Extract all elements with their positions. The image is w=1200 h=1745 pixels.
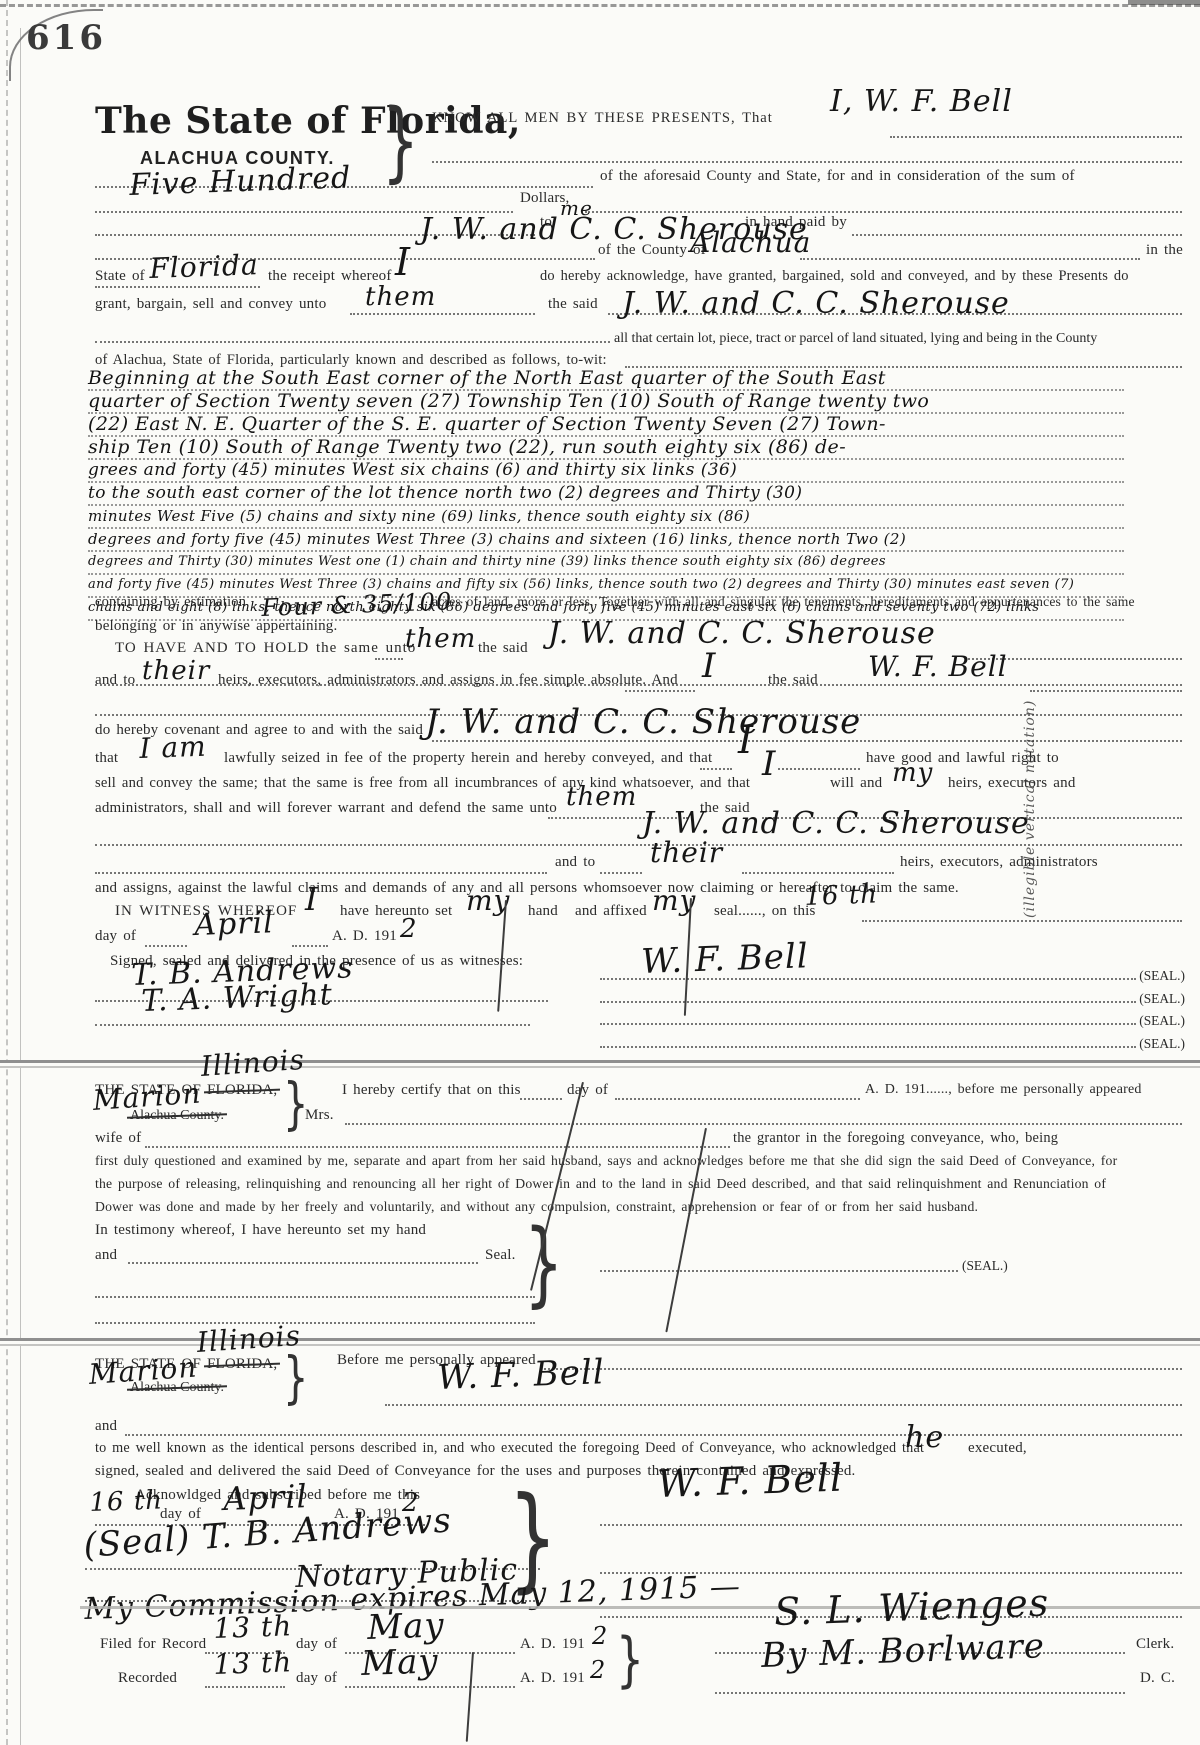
ack-county-struck: Alachua County.: [130, 1380, 224, 1396]
witness2-signature: T. A. Wright: [141, 977, 334, 1019]
dower-county-struck: Alachua County.: [130, 1108, 224, 1124]
dotted-line: [292, 945, 328, 947]
dotted-line: [700, 768, 732, 770]
the-said-label: the said: [548, 296, 598, 313]
description-line: (22) East N. E. Quarter of the S. E. qua…: [88, 414, 1124, 437]
testimony-clause: In testimony whereof, I have hereunto se…: [95, 1222, 426, 1239]
dotted-line: [890, 136, 1182, 138]
section-divider: [0, 1060, 1200, 1068]
admin-clause: administrators, shall and will forever w…: [95, 800, 557, 817]
section-divider: [0, 1338, 1200, 1346]
clerk-signature: S. L. Wienges: [773, 1580, 1049, 1634]
description-line: minutes West Five (5) chains and sixty n…: [88, 506, 1124, 529]
dotted-line: [600, 1270, 958, 1272]
seal-row: (SEAL.): [600, 1029, 1185, 1051]
record-brace: [616, 1626, 644, 1695]
dotted-line: [540, 1368, 1182, 1370]
county-handwritten: Alachua: [690, 226, 811, 259]
containing-label: containing by estimation: [95, 594, 246, 611]
state-of-label: State of: [95, 268, 145, 285]
dotted-line: [345, 1686, 515, 1688]
affixed-label: and affixed: [575, 903, 647, 920]
scanned-deed-page: 616 The State of Florida, ALACHUA COUNTY…: [0, 0, 1200, 1745]
dotted-line: [95, 1296, 535, 1298]
filed-day-handwritten: 13 th: [213, 1609, 293, 1645]
dower-line2: the purpose of releasing, relinquishing …: [95, 1176, 1106, 1192]
sell-clause: sell and convey the same; that the same …: [95, 775, 750, 792]
scan-left-edge-inner: [20, 28, 21, 1745]
certify-clause: I hereby certify that on this: [342, 1082, 521, 1099]
day-of-label-2: day of: [567, 1082, 608, 1099]
dower-brace: [283, 1072, 308, 1136]
seal-label: (SEAL.): [1136, 1036, 1185, 1052]
mrs-label: Mrs.: [305, 1107, 334, 1124]
recorded-month-handwritten: May: [361, 1641, 440, 1684]
dower-seal-label: (SEAL.): [962, 1258, 1008, 1274]
seized-clause: lawfully seized in fee of the property h…: [224, 750, 712, 767]
day-of-label-4: day of: [296, 1636, 337, 1653]
dotted-line: [800, 258, 1140, 260]
them-handwritten: them: [365, 282, 436, 312]
description-line: ship Ten (10) South of Range Twenty two …: [88, 437, 1124, 460]
will-and-label: will and: [830, 775, 882, 792]
dotted-line: [600, 872, 642, 874]
grantor-fore-clause: the grantor in the foregoing conveyance,…: [733, 1130, 1058, 1147]
ad-label: A. D. 191: [332, 928, 397, 945]
i-handwritten-3: I: [738, 718, 754, 762]
ad-label-4: A. D. 191: [520, 1670, 585, 1687]
description-line: degrees and forty five (45) minutes West…: [88, 529, 1124, 552]
deputy-clerk-label: D. C.: [1140, 1670, 1175, 1687]
my-handwritten: my: [892, 758, 933, 788]
seal-label: (SEAL.): [1136, 1013, 1185, 1029]
dotted-line: [742, 872, 894, 874]
seal-label: (SEAL.): [1136, 968, 1185, 984]
dotted-line: [385, 1404, 1182, 1406]
header-brace: [382, 90, 419, 192]
grantor-handwritten-2: W. F. Bell: [868, 650, 1008, 683]
i-handwritten-4: I: [762, 744, 776, 784]
dotted-line: [600, 978, 1136, 980]
them-handwritten-2: them: [405, 624, 476, 654]
ad-before-clause: A. D. 191......, before me personally ap…: [865, 1082, 1142, 1098]
grantor-name-handwritten: I, W. F. Bell: [830, 84, 1013, 119]
wife-of-label: wife of: [95, 1130, 141, 1147]
presents-clause: KNOW ALL MEN BY THESE PRESENTS, That: [432, 110, 773, 127]
dotted-line: [600, 1524, 1182, 1526]
recorded-day-handwritten: 13 th: [213, 1645, 293, 1681]
day-date-handwritten: 16 th: [804, 879, 879, 912]
ack-and-label: and: [95, 1418, 117, 1435]
dotted-line: [862, 920, 1182, 922]
ad-label-3: A. D. 191: [520, 1636, 585, 1653]
their-handwritten-2: their: [650, 836, 723, 869]
grantees-handwritten-4: J. W. and C. C. Sherouse: [425, 702, 861, 742]
scan-left-edge-outer: [6, 0, 8, 1745]
amount-handwritten: Five Hundred: [129, 160, 352, 203]
dotted-line: [615, 1098, 860, 1100]
dotted-line: [95, 844, 1182, 846]
i-handwritten-5: I: [305, 880, 319, 918]
recorded-label: Recorded: [118, 1670, 177, 1687]
them-handwritten-3: them: [566, 782, 637, 812]
seal-row: (SEAL.): [600, 984, 1185, 1006]
filed-year-handwritten: 2: [592, 1622, 608, 1650]
filed-label: Filed for Record: [100, 1636, 206, 1653]
dotted-line: [95, 341, 610, 343]
clerk-label: Clerk.: [1136, 1636, 1174, 1653]
description-line: quarter of Section Twenty seven (27) Tow…: [88, 391, 1124, 414]
dotted-line: [600, 1046, 1136, 1048]
dotted-line: [375, 658, 403, 660]
dower-line1: first duly questioned and examined by me…: [95, 1153, 1117, 1169]
scan-corner-dark-mark: [1128, 0, 1200, 5]
i-am-handwritten: I am: [139, 730, 207, 765]
aforesaid-clause: of the aforesaid County and State, for a…: [600, 168, 1075, 185]
ack-brace: [283, 1346, 308, 1410]
seal-lines: (SEAL.) (SEAL.) (SEAL.) (SEAL.): [600, 962, 1185, 1052]
that-label: that: [95, 750, 118, 767]
state-handwritten: Florida: [149, 248, 259, 285]
seal-row: (SEAL.): [600, 962, 1185, 984]
seal-onthis-label: seal......, on this: [714, 903, 816, 920]
grantees-handwritten-2: J. W. and C. C. Sherouse: [622, 286, 1010, 321]
description-line: to the south east corner of the lot then…: [88, 483, 1124, 506]
seal-word-label: Seal.: [485, 1247, 516, 1264]
and-label: and: [95, 1247, 117, 1264]
hand-label: hand: [528, 903, 558, 920]
and-to-label: and to: [95, 672, 135, 689]
all-that-clause: all that certain lot, piece, tract or pa…: [614, 331, 1097, 347]
dotted-line: [350, 313, 535, 315]
i-handwritten: I: [395, 240, 411, 284]
property-description-handwritten: Beginning at the South East corner of th…: [88, 368, 1124, 621]
dotted-line: [520, 1098, 562, 1100]
dotted-line: [600, 1023, 1136, 1025]
dotted-line: [128, 1262, 478, 1264]
dower-seal-brace: [524, 1208, 563, 1318]
page-number: 616: [26, 18, 106, 58]
grant-clause: grant, bargain, sell and convey unto: [95, 296, 326, 313]
marginal-note-vertical: (illegible vertical notation): [1022, 588, 1074, 918]
known-clause: to me well known as the identical person…: [95, 1440, 924, 1457]
description-line: grees and forty (45) minutes West six ch…: [88, 460, 1124, 483]
day-of-label: day of: [95, 928, 136, 945]
dotted-line: [95, 872, 547, 874]
ack-state-struck: FLORIDA,: [207, 1356, 277, 1373]
seal-label: (SEAL.): [1136, 991, 1185, 1007]
dotted-line: [205, 1686, 285, 1688]
and-to-label-2: and to: [555, 854, 595, 871]
he-handwritten: he: [905, 1420, 944, 1455]
seal-row: (SEAL.): [600, 1007, 1185, 1029]
the-said-label-2: the said: [478, 640, 528, 657]
ack-grantor-signature: W. F. Bell: [656, 1456, 843, 1506]
pen-flourish: [466, 1652, 474, 1742]
ack-appeared-signature: W. F. Bell: [437, 1352, 606, 1398]
recorded-year-handwritten: 2: [590, 1656, 606, 1684]
dotted-line: [715, 1692, 1125, 1694]
dotted-line: [95, 286, 260, 288]
dotted-line: [95, 1322, 535, 1324]
set-label: have hereunto set: [340, 903, 452, 920]
day-of-label-5: day of: [296, 1670, 337, 1687]
year-handwritten: 2: [400, 914, 418, 944]
in-the-label: in the: [1146, 242, 1183, 259]
dotted-line: [145, 1146, 730, 1148]
description-line: degrees and Thirty (30) minutes West one…: [88, 552, 1124, 575]
description-line: Beginning at the South East corner of th…: [88, 368, 1124, 391]
deputy-clerk-signature: By M. Borlware: [761, 1626, 1046, 1676]
dotted-line: [125, 1434, 1182, 1436]
scan-top-edge: [0, 4, 1200, 7]
dower-state-struck: FLORIDA,: [207, 1082, 277, 1099]
the-said-label-3: the said: [768, 672, 818, 689]
grantees-handwritten-3: J. W. and C. C. Sherouse: [548, 616, 936, 651]
dotted-line: [95, 1024, 530, 1026]
dotted-line: [432, 161, 1182, 163]
heirs-clause: heirs, executors, administrators and ass…: [218, 672, 678, 689]
executed-label: executed,: [968, 1440, 1027, 1457]
acknowledge-clause: do hereby acknowledge, have granted, bar…: [540, 268, 1129, 285]
dotted-line: [600, 1001, 1136, 1003]
dotted-line: [852, 234, 1182, 236]
i-handwritten-2: I: [702, 646, 716, 686]
dotted-line: [625, 690, 695, 692]
dotted-line: [778, 768, 860, 770]
to-have-clause: TO HAVE AND TO HOLD the same unto: [115, 640, 416, 657]
ack-date-handwritten: 16 th: [89, 1485, 164, 1518]
dotted-line: [145, 945, 187, 947]
month-handwritten: April: [194, 905, 275, 943]
dotted-line: [345, 1123, 1182, 1125]
belonging-clause: belonging or in anywise appertaining.: [95, 618, 337, 635]
their-handwritten: their: [142, 656, 210, 686]
